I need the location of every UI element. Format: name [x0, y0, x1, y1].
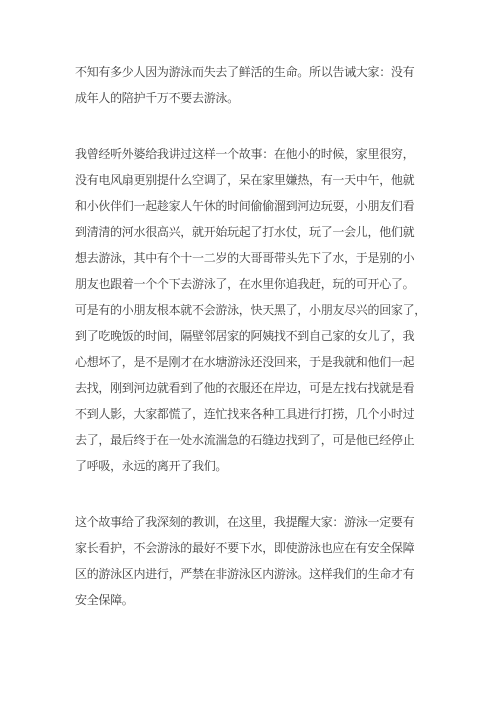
- text-line: 没有电风扇更别提什么空调了，呆在家里嫌热，有一天中午，他就: [75, 167, 440, 193]
- text-line: 了呼吸，永远的离开了我们。: [75, 453, 440, 479]
- text-line: 不到人影，大家都慌了，连忙找来各种工具进行打捞，几个小时过: [75, 401, 440, 427]
- paragraph-lesson: 这个故事给了我深刻的教训，在这里，我提醒大家：游泳一定要有 家长看护，不会游泳的…: [75, 509, 440, 613]
- text-line: 可是有的小朋友根本就不会游泳，快天黑了，小朋友尽兴的回家了，: [75, 297, 440, 323]
- text-line: 想去游泳，其中有个十一二岁的大哥哥带头先下了水，于是别的小: [75, 245, 440, 271]
- text-line: 朋友也跟着一个个下去游泳了，在水里你追我赶，玩的可开心了。: [75, 271, 440, 297]
- paragraph-intro: 不知有多少人因为游泳而失去了鲜活的生命。所以告诫大家：没有 成年人的陪护千万不要…: [75, 59, 440, 111]
- paragraph-story: 我曾经听外婆给我讲过这样一个故事：在他小的时候，家里很穷， 没有电风扇更别提什么…: [75, 141, 440, 479]
- text-line: 到清清的河水很高兴，就开始玩起了打水仗，玩了一会儿，他们就: [75, 219, 440, 245]
- text-line: 区的游泳区内进行，严禁在非游泳区内游泳。这样我们的生命才有: [75, 561, 440, 587]
- text-line: 成年人的陪护千万不要去游泳。: [75, 85, 440, 111]
- text-line: 家长看护，不会游泳的最好不要下水，即使游泳也应在有安全保障: [75, 535, 440, 561]
- text-line: 到了吃晚饭的时间，隔壁邻居家的阿姨找不到自己家的女儿了，我: [75, 323, 440, 349]
- essay-content: 不知有多少人因为游泳而失去了鲜活的生命。所以告诫大家：没有 成年人的陪护千万不要…: [75, 59, 440, 643]
- text-line: 和小伙伴们一起趁家人午休的时间偷偷溜到河边玩耍，小朋友们看: [75, 193, 440, 219]
- text-line: 我曾经听外婆给我讲过这样一个故事：在他小的时候，家里很穷，: [75, 141, 440, 167]
- text-line: 去了，最后终于在一处水流湍急的石缝边找到了，可是他已经停止: [75, 427, 440, 453]
- text-line: 去找，刚到河边就看到了他的衣服还在岸边，可是左找右找就是看: [75, 375, 440, 401]
- document-page: 不知有多少人因为游泳而失去了鲜活的生命。所以告诫大家：没有 成年人的陪护千万不要…: [0, 0, 500, 708]
- text-line: 不知有多少人因为游泳而失去了鲜活的生命。所以告诫大家：没有: [75, 59, 440, 85]
- text-line: 这个故事给了我深刻的教训，在这里，我提醒大家：游泳一定要有: [75, 509, 440, 535]
- text-line: 心想坏了，是不是刚才在水塘游泳还没回来，于是我就和他们一起: [75, 349, 440, 375]
- text-line: 安全保障。: [75, 587, 440, 613]
